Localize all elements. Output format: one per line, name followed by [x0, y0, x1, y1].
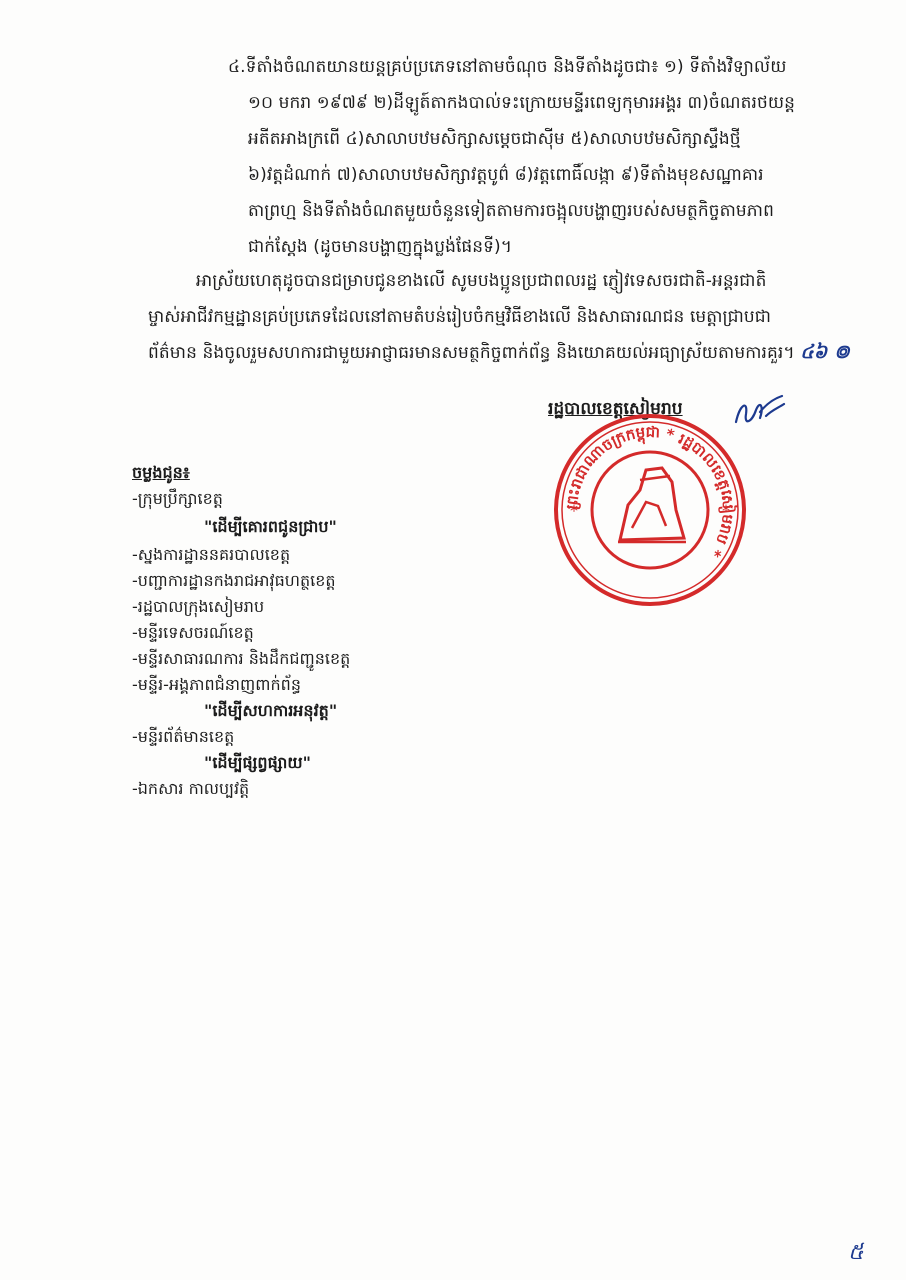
distribution-recipient: -មន្ទីរព័ត៌មានខេត្ត [132, 726, 234, 750]
distribution-recipient: -ក្រុមប្រឹក្សាខេត្ត [132, 488, 223, 512]
svg-text:*: * [570, 501, 578, 520]
item4-line: តាព្រហ្ម និងទីតាំងចំណតមួយចំនួនទៀតតាមការច… [248, 200, 774, 225]
svg-text:*: * [722, 501, 730, 520]
item4-line: ៦)វត្តដំណាក់ ៧)សាលាបឋមសិក្សាវត្តបូព៌ ៨)វ… [248, 164, 764, 189]
distribution-purpose: "ដើម្បីផ្សព្វផ្សាយ" [204, 752, 311, 776]
conclusion-line: អាស្រ័យហេតុដូចបានជម្រាបជូនខាងលើ សូមបងប្អ… [196, 270, 766, 295]
distribution-recipient: -មន្ទីរសាធារណការ និងដឹកជញ្ជូនខេត្ត [132, 648, 350, 672]
distribution-recipient: -ស្នងការដ្ឋាននគរបាលខេត្ត [132, 544, 290, 568]
distribution-recipient: -រដ្ឋបាលក្រុងសៀមរាប [132, 596, 264, 620]
distribution-recipient: -ឯកសារ កាលប្បវត្តិ [132, 778, 249, 802]
page-number: ៥ [848, 1238, 864, 1270]
conclusion-text: ព័ត៌មាន និងចូលរួមសហការជាមួយអាជ្ញាធរមានសម… [148, 343, 795, 363]
conclusion-line: ព័ត៌មាន និងចូលរួមសហការជាមួយអាជ្ញាធរមានសម… [148, 340, 850, 368]
distribution-recipient: -មន្ទីរ-អង្គភាពជំនាញពាក់ព័ន្ធ [132, 674, 301, 698]
item4-line: ១០ មករា ១៩៧៩ ២)ដីឡូត៍តាកងបាល់ទះក្រោយមន្ទ… [248, 92, 795, 117]
distribution-recipient: -បញ្ជាការដ្ឋានកងរាជអាវុធហត្ថខេត្ត [132, 570, 336, 594]
handwritten-annotation: ៤៦ ៙ [800, 341, 850, 363]
item4-line: អតីតអាងក្រពើ ៤)សាលាបឋមសិក្សាសម្តេចជាស៊ីម… [248, 128, 741, 153]
conclusion-line: ម្ចាស់អាជីវកម្មដ្ឋានគ្រប់ប្រភេទដែលនៅតាមត… [148, 306, 771, 331]
distribution-recipient: -មន្ទីរទេសចរណ៍ខេត្ត [132, 622, 254, 646]
item4-line: ជាក់ស្តែង (ដូចមានបង្ហាញក្នុងប្លង់ផែនទី)។ [248, 236, 512, 261]
official-seal-icon: ព្រះរាជាណាចក្រកម្ពុជា * រដ្ឋបាលខេត្តសៀមរ… [550, 410, 750, 610]
item4-line: ៤.ទីតាំងចំណតយានយន្តគ្រប់ប្រភេទនៅតាមចំណុច… [228, 56, 787, 81]
distribution-purpose: "ដើម្បីគោរពជូនជ្រាប" [204, 516, 337, 540]
distribution-purpose: "ដើម្បីសហការអនុវត្ត" [204, 700, 337, 724]
distribution-title: ចម្លងជូន៖ [132, 462, 190, 486]
